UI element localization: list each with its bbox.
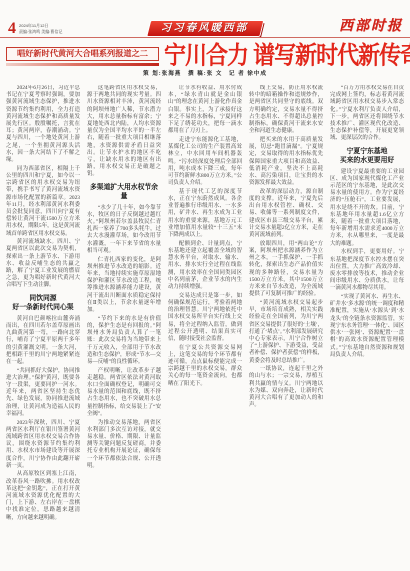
kicker-underline [6,63,159,66]
editor-line: 责编:张鸿鸣 美编:曹信记 [19,29,62,35]
body-paragraph: 同为西部省区，相隔上千公里的四川和宁夏，如今以一宗跨省区的用水权交易为纽带，携手… [6,166,80,238]
body-paragraph: 基于现代工艺的深度节水，正在宁东蔚然成风。各企业普遍推行串级用水、一水多用，矿井… [168,189,242,239]
body-paragraph: 2024年6月26日，习近平总书记在宁夏考察时强调，要加强黄河流域生态保护，推进… [6,85,80,164]
body-paragraph: “实现了黄河水、再生水、矿井水‘多水源’的统一调度和精准配置，实施从‘水源头’到… [330,294,404,359]
body-paragraph: 黄河流域缺水。四川、宁夏两省区以此次交易为契机，探索出一条上游节水、下游用水、收… [6,239,80,289]
body-paragraph: “百万方用水权交易在自贡完成网上签约，标志着黄河流域跨省区用水权交易步入常态化。… [330,85,404,143]
body-paragraph: 2023年深秋，四川、宁夏两省区水利厅在银川签署黄河流域跨省区用水权交易合作协议… [6,420,80,470]
body-paragraph: 为推动交易落地，两省区水利部门多次互访对接，就交易水量、价格、期限、计量监测等关… [87,420,161,470]
body-paragraph: 把买来的水用于高质量发展，切忌“跑冒滴漏”。宁夏规定，交易取得的用水指标优先保障… [249,137,323,187]
newspaper-page: 4 2024年11月12日 责编:张鸿鸣 美编:曹信记 习习春风暖西部 西部时报… [0,0,410,571]
main-headline: 宁川合力 谱写新时代新传奇 [164,41,410,70]
section-subhead: 宁夏宁东基地买来的水更要用好 [330,147,404,165]
banner-text: 习习春风暖西部 [160,23,250,34]
body-paragraph: 配额到企、计量到点，宁东基地还建立起覆盖全域的智慧水务平台，对取水、输水、用水、… [168,241,242,291]
body-paragraph: “水少了几十年，如今靠节水，牧区的日子反倒越过越红火。”阿坝州若尔盖县牧民仁青扎… [87,205,161,255]
column-banner: 习习春风暖西部 [147,21,262,36]
body-paragraph: 仁青扎西家的变化，是阿坝州推进节水改造的缩影。近年来，当地持续实施草原湿地保护和… [87,257,161,315]
section-subhead: 同饮同源好一条新时代同心渠 [6,294,80,312]
body-paragraph: 建设宁夏最重要的工业园区、成为国家现代煤化工产业示范区的宁东基地，是此次交易水量… [330,169,404,248]
page-info: 4 2024年11月12日 责编:张鸿鸣 美编:曹信记 [8,21,62,36]
body-paragraph: 改革的深层动力，源自制度的支撑。近年来，宁夏先后出台用水权管控、确权、交易、收储… [249,189,323,239]
article-body: 2024年6月26日，习近平总书记在宁夏考察时强调，要加强黄河流域生态保护，推进… [6,85,404,559]
body-paragraph: 从高原牧区到塞上江南，改革春风一路吹拂。用水权改革这把“金钥匙”，正在打开黄河流… [6,471,80,521]
series-kicker: 唱好新时代黄河大合唱系列报道之二 [6,47,159,61]
body-paragraph: 让节水有收益、用水付成本，“绿水青山就是金山银山”的理念在黄河上游化作真金白银。… [168,85,242,135]
body-column: “百万方用水权交易在自贡完成网上签约，标志着黄河流域跨省区用水权交易步入常态化。… [330,85,404,559]
section-subhead: 多渠道扩大用水权节余量 [87,183,161,201]
body-paragraph: 这笔跨省区用水权交易，源于两地共同的现实考量。四川水资源相对丰沛，黄河流经的阿坝… [87,85,161,179]
publication-info: 2024年11月12日 责编:张鸿鸣 美编:曹信记 [19,21,62,34]
body-paragraph: 放眼四川，用“两山论”方案，阿坝州把水源涵养作为立州之本，一手抓保护、一手抓转化… [249,241,323,299]
masthead-logo: 西部时报 [339,19,403,35]
body-paragraph: 水权到手，更要用好。宁东基地把深度节水控水摆在突出位置，大力推广高效冷却、废水零… [330,249,404,292]
body-paragraph: “节约下来的水是有价值的，保护生态是有回报的。”阿坝州水务局负责人算了一笔账：此… [87,316,161,366]
body-column: 2024年6月26日，习近平总书记在宁夏考察时强调，要加强黄河流域生态保护，推进… [6,85,80,559]
body-paragraph: 走进宁东能源化工基地，某煤化工公司的生产装置高耸林立，中水回用车间机器轰鸣。“污… [168,137,242,187]
body-paragraph: 交易达成只是第一步，如何确保规范运行，考验着两地的治理智慧。川宁两地依托中国水权… [168,293,242,343]
body-paragraph: 产权明晰，让改革步子越走越稳。两省区依法对黄河取水口全面确权登记，明确可交易水量… [87,368,161,418]
body-column: 这笔跨省区用水权交易，源于两地共同的现实考量。四川水资源相对丰沛，黄河流经的阿坝… [87,85,161,559]
body-paragraph: 黄河自巴颜喀拉山麓奔涌而出，在四川若尔盖草原画出九曲黄河第一弯，一路向北穿行，哺… [6,316,80,366]
body-paragraph: “共同抓好大保护，协同推进大治理。”保护黄河，既要各守一段渠，更要同护一河水。近… [6,368,80,418]
body-column: 让节水有收益、用水付成本，“绿水青山就是金山银山”的理念在黄河上游化作真金白银。… [168,85,242,559]
header-rule [0,37,410,38]
body-paragraph: 线上交易，防止用水权流转中的暗箱操作和违规炒作，是两省区共同坚守的底线。双方明确… [249,85,323,135]
page-number: 4 [8,21,16,36]
byline: 策 划:张海燕 撰 稿:张 文 记 者 徐中成 [0,71,410,78]
body-paragraph: 一纸协议，连起千里之外的山与水；一宗交易，厚植互利共赢的情与义。川宁两地以水为媒… [249,366,323,409]
body-paragraph: “黄河流域水权交易起步早，市场培育成熟，相关实践经验走在全国前列，为川宁两省区交… [249,300,323,365]
body-column: 线上交易，防止用水权流转中的暗箱操作和违规炒作，是两省区共同坚守的底线。双方明确… [249,85,323,559]
body-paragraph: 在宁夏公共资源交易网上，这笔交易的每个环节都有迹可循，点点鼠标便能完成一宗跨越千… [168,345,242,388]
